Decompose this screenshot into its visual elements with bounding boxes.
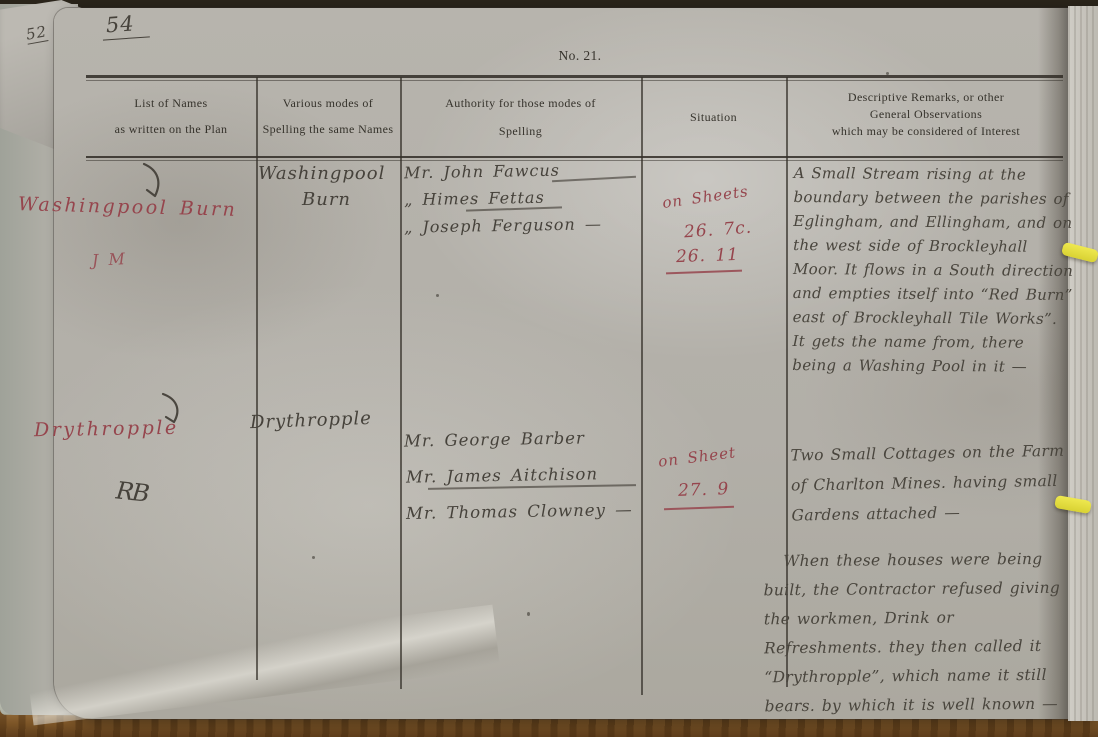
paper-speck (886, 72, 889, 75)
header-remarks-line2: General Observations (790, 107, 1062, 122)
situation-entry: 26. 7c. (683, 218, 752, 243)
page-number: 54 (101, 10, 150, 40)
pen-flourish-line (552, 176, 636, 182)
header-remarks-line3: which may be considered of Interest (790, 124, 1062, 139)
header-bottom-rule (86, 156, 1063, 158)
paper-speck (312, 556, 315, 559)
plan-name: Drythropple (34, 417, 179, 442)
paper-speck (436, 294, 439, 297)
spelling-entry: Burn (302, 189, 351, 210)
table-top-rule-thin (86, 80, 1063, 81)
situation-entry: on Sheets (661, 182, 750, 212)
surveyor-initials: RB (115, 476, 149, 507)
header-names-line2: as written on the Plan (92, 122, 250, 137)
spelling-entry: Washingpool (258, 163, 385, 184)
paper-speck (527, 612, 530, 616)
remarks-paragraph: Two Small Cottages on the Farm of Charlt… (790, 435, 1084, 530)
header-authority-line2: Spelling (402, 124, 639, 139)
situation-entry: 26. 11 (676, 245, 740, 267)
header-situation: Situation (643, 110, 784, 125)
authority-name: Mr. Thomas Clowney — (406, 500, 633, 523)
surveyor-initials: J M (92, 249, 127, 270)
authority-name: Mr. John Fawcus (404, 161, 560, 183)
doc-number: No. 21. (500, 48, 660, 64)
remarks-paragraph: A Small Stream rising at the boundary be… (792, 161, 1076, 379)
authority-name: Mr. George Barber (404, 428, 585, 450)
column-divider-2 (400, 77, 402, 689)
situation-entry: 27. 9 (678, 479, 730, 501)
spelling-entry: Drythropple (250, 408, 373, 433)
header-spelling-line2: Spelling the same Names (258, 122, 398, 137)
column-divider-3 (641, 77, 643, 695)
situation-underline (666, 270, 742, 275)
authority-name: „ Joseph Ferguson — (404, 214, 602, 236)
header-spelling-line1: Various modes of (258, 96, 398, 111)
plan-name: Washingpool Burn (18, 193, 238, 221)
header-remarks-line1: Descriptive Remarks, or other (790, 90, 1062, 105)
table-top-rule (86, 75, 1063, 78)
header-authority-line1: Authority for those modes of (402, 96, 639, 111)
photo-frame: 52 54 No. 21. List of Names as written o… (0, 0, 1098, 737)
remarks-paragraph: When these houses were being built, the … (763, 545, 1067, 722)
authority-name: „ Himes Fettas (404, 188, 545, 209)
authority-name: Mr. James Aitchison (406, 464, 598, 486)
header-names-line1: List of Names (92, 96, 250, 111)
situation-underline (664, 506, 734, 510)
situation-entry: on Sheet (657, 443, 737, 470)
header-bottom-rule-thin (86, 160, 1063, 161)
tick-mark-icon (138, 162, 172, 200)
